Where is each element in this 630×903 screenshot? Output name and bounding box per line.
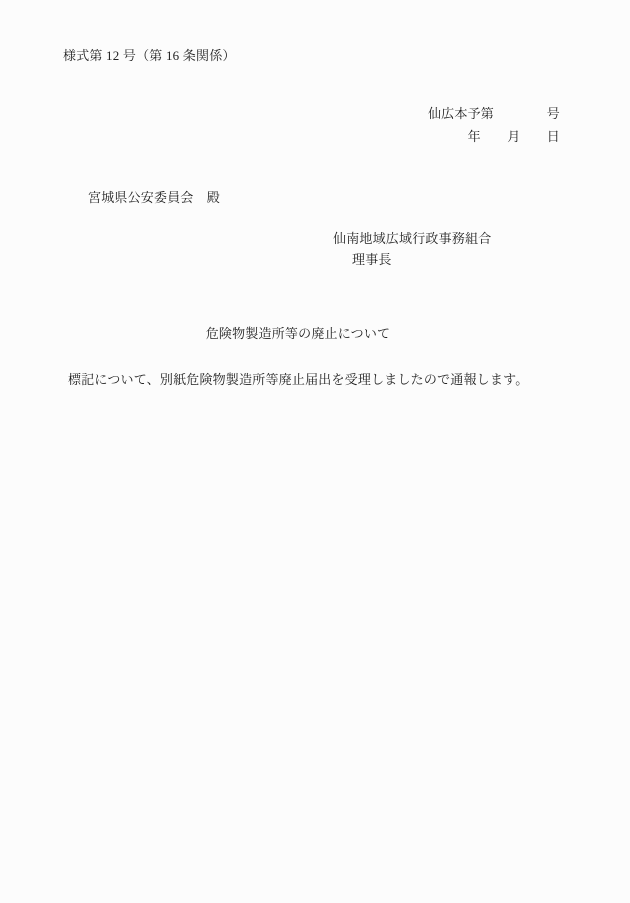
paper-sheet: 様式第 12 号（第 16 条関係） 仙広本予第 号 年 月 日 宮城県公安委員… [0,0,630,903]
date-blank-line: 年 月 日 [468,129,560,144]
document-page: { "page": { "background": "#fcfcfc", "te… [0,0,630,903]
sender-title: 理事長 [352,252,392,267]
document-body-text: 標記について、別紙危険物製造所等廃止届出を受理しましたので通報します。 [68,372,608,387]
sender-organization: 仙南地域広域行政事務組合 [333,231,491,246]
document-title: 危険物製造所等の廃止について [0,326,596,341]
addressee-line: 宮城県公安委員会 殿 [88,190,220,205]
document-reference-number: 仙広本予第 号 [428,106,560,121]
form-number: 様式第 12 号（第 16 条関係） [63,48,236,63]
